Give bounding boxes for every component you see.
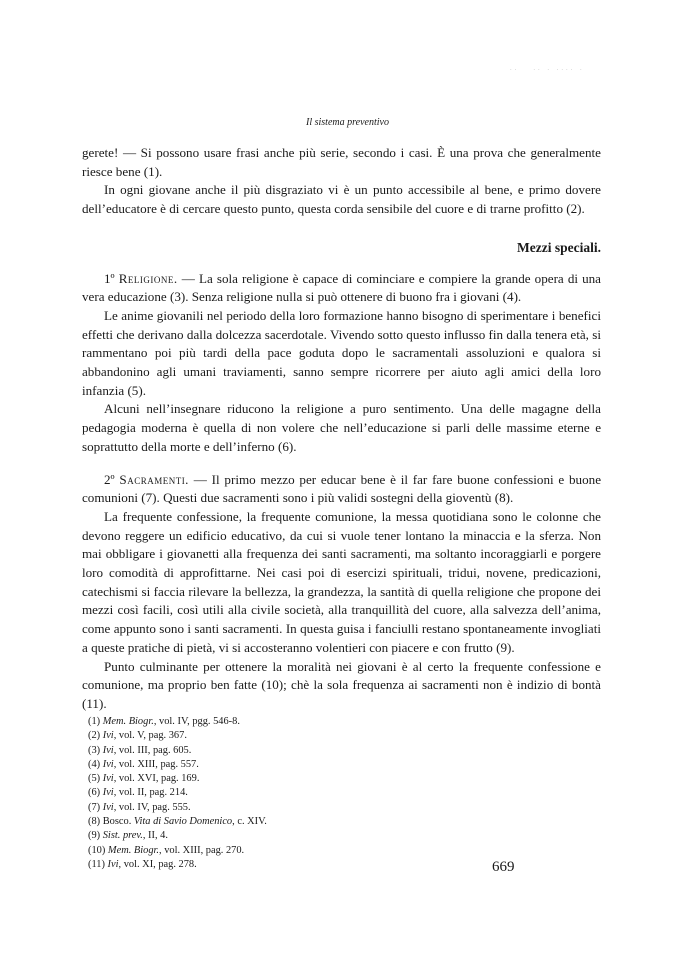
- footnote-number: (2): [88, 730, 100, 741]
- scanned-page: .. .. . .... . Il sistema preventivo ger…: [0, 0, 695, 974]
- footnote-ref: , vol. III, pag. 605.: [114, 745, 192, 756]
- section-heading: Mezzi speciali.: [82, 239, 601, 258]
- paragraph-sacramenti: 2º Sacramenti. — Il primo mezzo per educ…: [82, 471, 601, 508]
- footnote-ref: , vol. XIII, pag. 270.: [159, 845, 244, 856]
- footnote: (11) Ivi, vol. XI, pag. 278.: [88, 858, 488, 872]
- footnote: (3) Ivi, vol. III, pag. 605.: [88, 744, 488, 758]
- footnote-source: Ivi: [103, 802, 114, 813]
- footnote-ref: , vol. IV, pag. 555.: [114, 802, 191, 813]
- footnote-number: (6): [88, 787, 100, 798]
- paragraph: Alcuni nell’insegnare riducono la religi…: [82, 400, 601, 456]
- footnote-ref: , vol. V, pag. 367.: [114, 730, 187, 741]
- item-number: 1º: [104, 271, 115, 286]
- footnote: (6) Ivi, vol. II, pag. 214.: [88, 786, 488, 800]
- main-text: gerete! — Si possono usare frasi anche p…: [82, 144, 601, 714]
- footnote: (2) Ivi, vol. V, pag. 367.: [88, 729, 488, 743]
- footnote-ref: , vol. XVI, pag. 169.: [114, 773, 200, 784]
- footnote: (10) Mem. Biogr., vol. XIII, pag. 270.: [88, 844, 488, 858]
- page-number: 669: [492, 859, 515, 876]
- footnote-source: Mem. Biogr.: [103, 716, 154, 727]
- paragraph: Punto culminante per ottenere la moralit…: [82, 658, 601, 714]
- item-label: Religione.: [119, 271, 178, 286]
- running-head: Il sistema preventivo: [0, 117, 695, 128]
- scan-artifact-specks: .. .. . .... .: [510, 66, 585, 72]
- footnote-ref: , vol. II, pag. 214.: [114, 787, 188, 798]
- footnote-number: (11): [88, 859, 105, 870]
- footnote-ref: , c. XIV.: [232, 816, 267, 827]
- paragraph: gerete! — Si possono usare frasi anche p…: [82, 144, 601, 181]
- footnote-source: Ivi: [108, 859, 119, 870]
- footnote-source: Ivi: [103, 759, 114, 770]
- footnote-source: Mem. Biogr.: [108, 845, 159, 856]
- footnote-ref: , vol. XIII, pag. 557.: [114, 759, 199, 770]
- footnote-ref: , vol. IV, pgg. 546-8.: [154, 716, 240, 727]
- footnote-source: Sist. prev.: [103, 830, 143, 841]
- footnote-ref: , II, 4.: [143, 830, 168, 841]
- footnote-number: (4): [88, 759, 100, 770]
- paragraph-religione: 1º Religione. — La sola religione è capa…: [82, 270, 601, 307]
- footnote: (1) Mem. Biogr., vol. IV, pgg. 546-8.: [88, 715, 488, 729]
- footnote-number: (3): [88, 745, 100, 756]
- item-number: 2º: [104, 472, 115, 487]
- footnote-source: Ivi: [103, 787, 114, 798]
- footnote-source: Vita di Savio Domenico: [134, 816, 232, 827]
- footnote-author: Bosco.: [103, 816, 134, 827]
- footnote: (5) Ivi, vol. XVI, pag. 169.: [88, 772, 488, 786]
- footnotes: (1) Mem. Biogr., vol. IV, pgg. 546-8. (2…: [88, 715, 488, 872]
- footnote-ref: , vol. XI, pag. 278.: [119, 859, 197, 870]
- footnote: (9) Sist. prev., II, 4.: [88, 829, 488, 843]
- footnote: (4) Ivi, vol. XIII, pag. 557.: [88, 758, 488, 772]
- footnote-number: (8): [88, 816, 100, 827]
- footnote: (7) Ivi, vol. IV, pag. 555.: [88, 801, 488, 815]
- paragraph: Le anime giovanili nel periodo della lor…: [82, 307, 601, 401]
- footnote-number: (1): [88, 716, 100, 727]
- footnote-source: Ivi: [103, 773, 114, 784]
- footnote-source: Ivi: [103, 745, 114, 756]
- footnote-number: (7): [88, 802, 100, 813]
- footnote-number: (5): [88, 773, 100, 784]
- paragraph: La frequente confessione, la frequente c…: [82, 508, 601, 658]
- footnote-number: (10): [88, 845, 105, 856]
- footnote-source: Ivi: [103, 730, 114, 741]
- footnote-number: (9): [88, 830, 100, 841]
- paragraph: In ogni giovane anche il più disgraziato…: [82, 181, 601, 218]
- footnote: (8) Bosco. Vita di Savio Domenico, c. XI…: [88, 815, 488, 829]
- item-label: Sacramenti.: [119, 472, 189, 487]
- spacer: [82, 457, 601, 471]
